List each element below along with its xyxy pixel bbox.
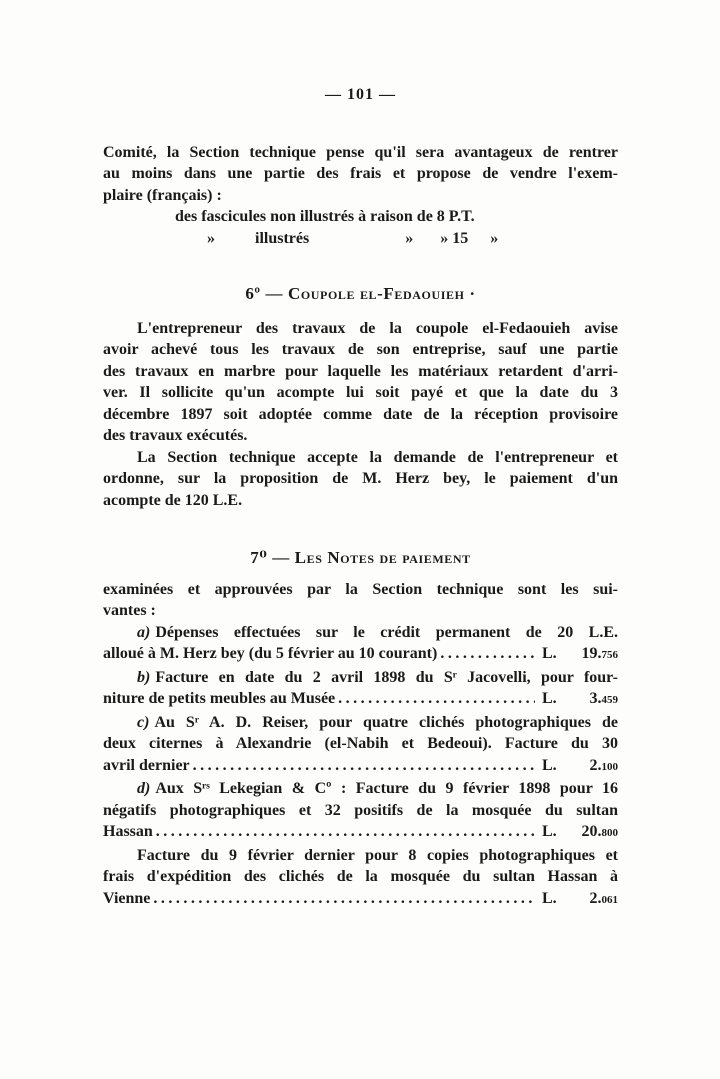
text-line: La Section technique accepte la demande … — [103, 447, 618, 469]
text-line: négatifs photographiques et 32 positifs … — [103, 800, 618, 822]
amount-value: 2.061 — [572, 888, 618, 912]
tariff-line-illustrated: » illustrés » » 15 » — [103, 228, 618, 250]
amount-main: 2. — [590, 890, 602, 907]
payment-leader-line: avril dernier L. 2.100 — [103, 755, 618, 779]
payment-item-vienna: Facture du 9 février dernier pour 8 copi… — [103, 845, 618, 912]
text-line: examinées et approuvées par la Section t… — [103, 579, 618, 601]
payment-leader-line: niture de petits meubles au Musée L. 3.4… — [103, 688, 618, 712]
amount-main: 2. — [590, 757, 602, 774]
item-letter: d) — [137, 780, 155, 797]
text-line: plaire (français) : — [103, 185, 618, 207]
tariff-line-non-illustrated: des fascicules non illustrés à raison de… — [175, 206, 618, 228]
text-line: des travaux en marbre pour laquelle les … — [103, 361, 618, 383]
tariff-label: illustrés — [255, 228, 309, 250]
payment-item-first-line: d)Aux Sʳˢ Lekegian & Cº : Facture du 9 f… — [103, 778, 618, 800]
text-block: — 101 — Comité, la Section technique pen… — [103, 0, 618, 911]
leader-text: Vienne — [103, 888, 150, 910]
amount-value: 20.800 — [572, 821, 618, 845]
text-line: acompte de 120 L.E. — [103, 490, 618, 512]
amount-decimals: 756 — [602, 649, 619, 661]
dot-leader — [193, 755, 535, 777]
text-line: frais d'expédition des clichés de la mos… — [103, 866, 618, 888]
text-line: vantes : — [103, 600, 618, 622]
text-line: ver. Il sollicite qu'un acompte lui soit… — [103, 382, 618, 404]
scanned-document-page: — 101 — Comité, la Section technique pen… — [0, 0, 720, 1079]
tariff-price: » 15 — [440, 228, 468, 250]
amount-decimals: 459 — [602, 694, 619, 706]
opening-paragraph: Comité, la Section technique pense qu'il… — [103, 142, 618, 207]
currency-label: L. — [538, 821, 572, 843]
text-line: L'entrepreneur des travaux de la coupole… — [103, 318, 618, 340]
payment-leader-line: alloué à M. Herz bey (du 5 février au 10… — [103, 643, 618, 667]
page-number: — 101 — — [103, 84, 618, 106]
dot-leader — [153, 888, 535, 910]
amount-main: 20. — [582, 823, 602, 840]
text-line: Comité, la Section technique pense qu'il… — [103, 142, 618, 164]
payment-item-middle-lines: frais d'expédition des clichés de la mos… — [103, 866, 618, 888]
amount-main: 19. — [582, 645, 602, 662]
payment-item-b: b)Facture en date du 2 avril 1898 du Sʳ … — [103, 667, 618, 712]
payment-leader-line: Hassan L. 20.800 — [103, 821, 618, 845]
section-heading-notes: 7⁰ — Les Notes de paiement — [103, 547, 618, 569]
ditto-mark: » — [405, 228, 413, 250]
section-heading-coupole: 6º — Coupole el-Fedaouieh · — [103, 283, 618, 305]
amount-decimals: 061 — [602, 894, 619, 906]
currency-label: L. — [538, 643, 572, 665]
text-line: décembre 1897 soit adoptée comme date de… — [103, 404, 618, 426]
leader-text: Hassan — [103, 821, 153, 843]
leader-text: avril dernier — [103, 755, 190, 777]
payment-item-first-line: b)Facture en date du 2 avril 1898 du Sʳ … — [103, 667, 618, 689]
text-line: au moins dans une partie des frais et pr… — [103, 163, 618, 185]
text-line: des travaux exécutés. — [103, 425, 618, 447]
text-line: ordonne, sur la proposition de M. Herz b… — [103, 468, 618, 490]
notes-intro-paragraph: examinées et approuvées par la Section t… — [103, 579, 618, 622]
dot-leader — [156, 821, 535, 843]
payment-item-first-line: a)Dépenses effectuées sur le crédit perm… — [103, 622, 618, 644]
amount-decimals: 800 — [602, 827, 619, 839]
amount-main: 3. — [590, 690, 602, 707]
dot-leader — [338, 688, 535, 710]
text-line: deux citernes à Alexandrie (el-Nabih et … — [103, 733, 618, 755]
currency-label: L. — [538, 888, 572, 910]
item-text: Facture du 9 février dernier pour 8 copi… — [137, 847, 618, 864]
payment-leader-line: Vienne L. 2.061 — [103, 888, 618, 912]
item-text: Facture en date du 2 avril 1898 du Sʳ Ja… — [155, 669, 618, 686]
amount-value: 2.100 — [572, 755, 618, 779]
currency-label: L. — [538, 688, 572, 710]
dot-leader — [440, 643, 535, 665]
item-text: Aux Sʳˢ Lekegian & Cº : Facture du 9 fév… — [155, 780, 618, 797]
amount-value: 3.459 — [572, 688, 618, 712]
coupole-paragraph-1: L'entrepreneur des travaux de la coupole… — [103, 318, 618, 447]
leader-text: alloué à M. Herz bey (du 5 février au 10… — [103, 643, 437, 665]
payment-item-middle-lines: négatifs photographiques et 32 positifs … — [103, 800, 618, 822]
currency-label: L. — [538, 755, 572, 777]
item-text: Dépenses effectuées sur le crédit perman… — [155, 624, 618, 641]
amount-decimals: 100 — [602, 761, 619, 773]
text-line: avoir achevé tous les travaux de son ent… — [103, 339, 618, 361]
amount-value: 19.756 — [572, 643, 618, 667]
ditto-mark: » — [490, 228, 498, 250]
payment-item-c: c)Au Sʳ A. D. Reiser, pour quatre cliché… — [103, 712, 618, 779]
item-letter: a) — [137, 624, 155, 641]
payment-item-a: a)Dépenses effectuées sur le crédit perm… — [103, 622, 618, 667]
payment-item-d: d)Aux Sʳˢ Lekegian & Cº : Facture du 9 f… — [103, 778, 618, 845]
coupole-paragraph-2: La Section technique accepte la demande … — [103, 447, 618, 512]
item-letter: b) — [137, 669, 155, 686]
payment-item-first-line: Facture du 9 février dernier pour 8 copi… — [103, 845, 618, 867]
item-text: Au Sʳ A. D. Reiser, pour quatre clichés … — [154, 714, 618, 731]
ditto-mark: » — [207, 228, 215, 250]
leader-text: niture de petits meubles au Musée — [103, 688, 335, 710]
payment-item-first-line: c)Au Sʳ A. D. Reiser, pour quatre cliché… — [103, 712, 618, 734]
item-letter: c) — [137, 714, 154, 731]
payment-item-middle-lines: deux citernes à Alexandrie (el-Nabih et … — [103, 733, 618, 755]
